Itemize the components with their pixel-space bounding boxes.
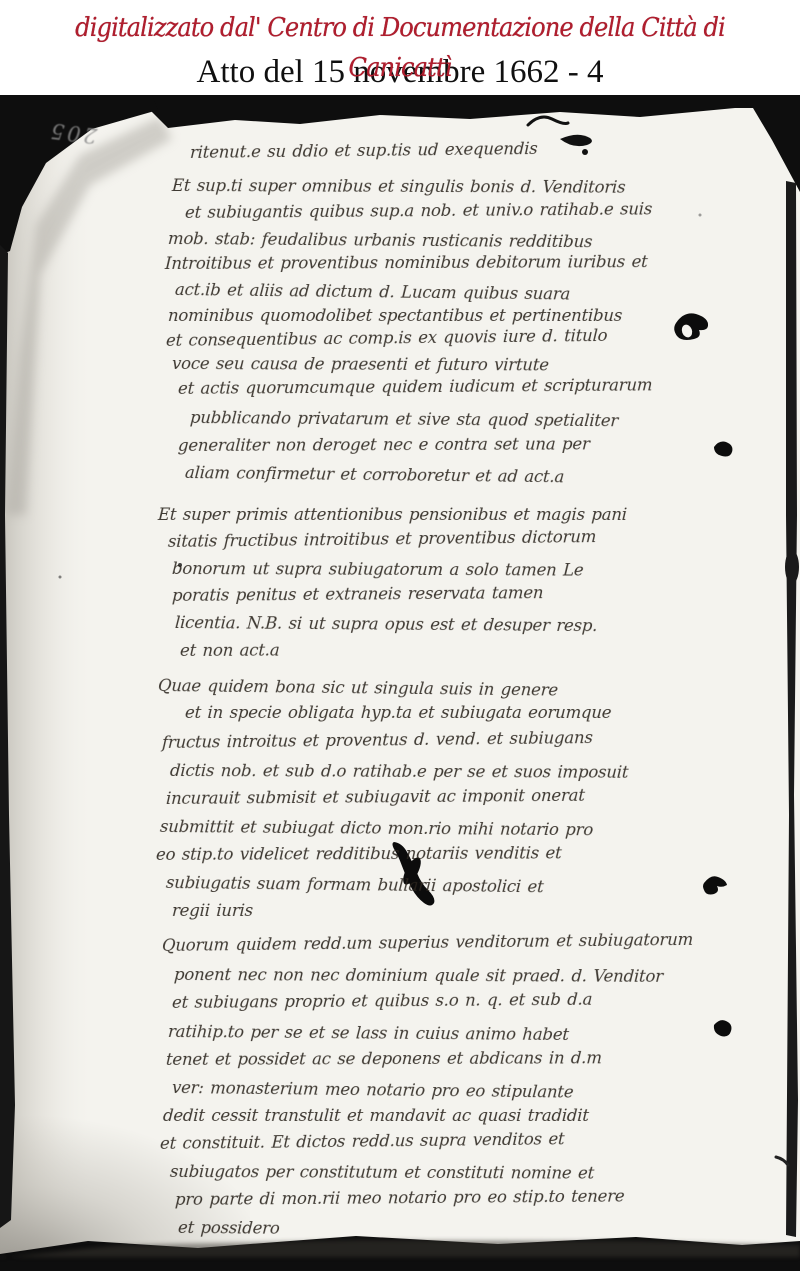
manuscript-line: pro parte di mon.rii meo notario pro eo … [175,1187,625,1210]
manuscript-line: Et super primis attentionibus pensionibu… [157,505,627,525]
manuscript-line: et possidero [177,1218,280,1239]
manuscript-line: Quae quidem bona sic ut singula suis in … [157,676,558,701]
manuscript-line: tenet et possidet ac se deponens et abdi… [166,1048,603,1070]
manuscript-line: dedit cessit transtulit et mandavit ac q… [162,1106,589,1126]
manuscript-line: mob. stab: feudalibus urbanis rusticanis… [167,229,593,252]
manuscript-line: dictis nob. et sub d.o ratihab.e per se … [169,761,628,783]
manuscript-line: regii iuris [171,901,253,921]
manuscript-line: ritenut.e su ddio et sup.tis ud exequend… [190,139,538,163]
manuscript-line: nominibus quomodolibet spectantibus et p… [167,306,622,326]
manuscript-line: et in specie obligata hyp.ta et subiugat… [184,703,611,723]
digitization-credit-line: digitalizzato dal' Centro di Documentazi… [28,8,772,48]
manuscript-line: act.ib et aliis ad dictum d. Lucam quibu… [174,280,570,305]
manuscript-line: Quorum quidem redd.um superius venditoru… [162,930,694,956]
manuscript-line: Introitibus et proventibus nominibus deb… [165,252,649,274]
manuscript-line: et actis quorumcumque quidem iudicum et … [178,375,653,399]
manuscript-line: poratis penitus et extraneis reservata t… [172,583,544,606]
manuscript-line: Et sup.ti super omnibus et singulis boni… [171,176,625,198]
manuscript-line: licentia. N.B. si ut supra opus est et d… [174,613,597,636]
manuscript-line: et constituit. Et dictos redd.us supra v… [160,1129,565,1154]
manuscript-line: generaliter non deroget nec e contra set… [178,434,591,456]
manuscript-line: subiugatis suam formam bullarii apostoli… [165,873,544,897]
manuscript-scan: 205 ritenut.e su ddio et sup.tis ud exeq… [0,95,800,1271]
manuscript-line: ponent nec non nec dominium quale sit pr… [173,965,663,987]
manuscript-line: fructus introitus et proventus d. vend. … [162,728,594,753]
manuscript-line: ratihip.to per se et se lass in cuius an… [167,1022,569,1045]
manuscript-line: pubblicando privatarum et sive sta quod … [189,408,618,431]
manuscript-line: bonorum ut supra subiugatorum a solo tam… [171,559,584,581]
manuscript-line: aliam confirmetur et corroboretur et ad … [184,463,564,487]
manuscript-line: subiugatos per constitutum et constituti… [169,1162,594,1184]
manuscript-line: incurauit submisit et subiugavit ac impo… [166,786,586,809]
manuscript-line: submittit et subiugat dicto mon.rio mihi… [159,817,593,840]
document-page: digitalizzato dal' Centro di Documentazi… [0,0,800,1271]
page-header: digitalizzato dal' Centro di Documentazi… [0,0,800,94]
manuscript-line: voce seu causa de praesenti et futuro vi… [171,354,549,375]
manuscript-text-block: ritenut.e su ddio et sup.tis ud exequend… [0,95,800,1271]
manuscript-line: et subiugantis quibus sup.a nob. et univ… [185,199,653,223]
manuscript-line: et consequentibus ac comp.is ex quovis i… [166,326,608,351]
manuscript-line: sitatis fructibus introitibus et provent… [168,527,597,552]
manuscript-line: et non act.a [180,641,280,661]
manuscript-line: et subiugans proprio et quibus s.o n. q.… [172,990,593,1013]
manuscript-line: ver: monasterium meo notario pro eo stip… [171,1078,574,1103]
manuscript-line: eo stip.to videlicet redditibus notariis… [156,843,562,865]
